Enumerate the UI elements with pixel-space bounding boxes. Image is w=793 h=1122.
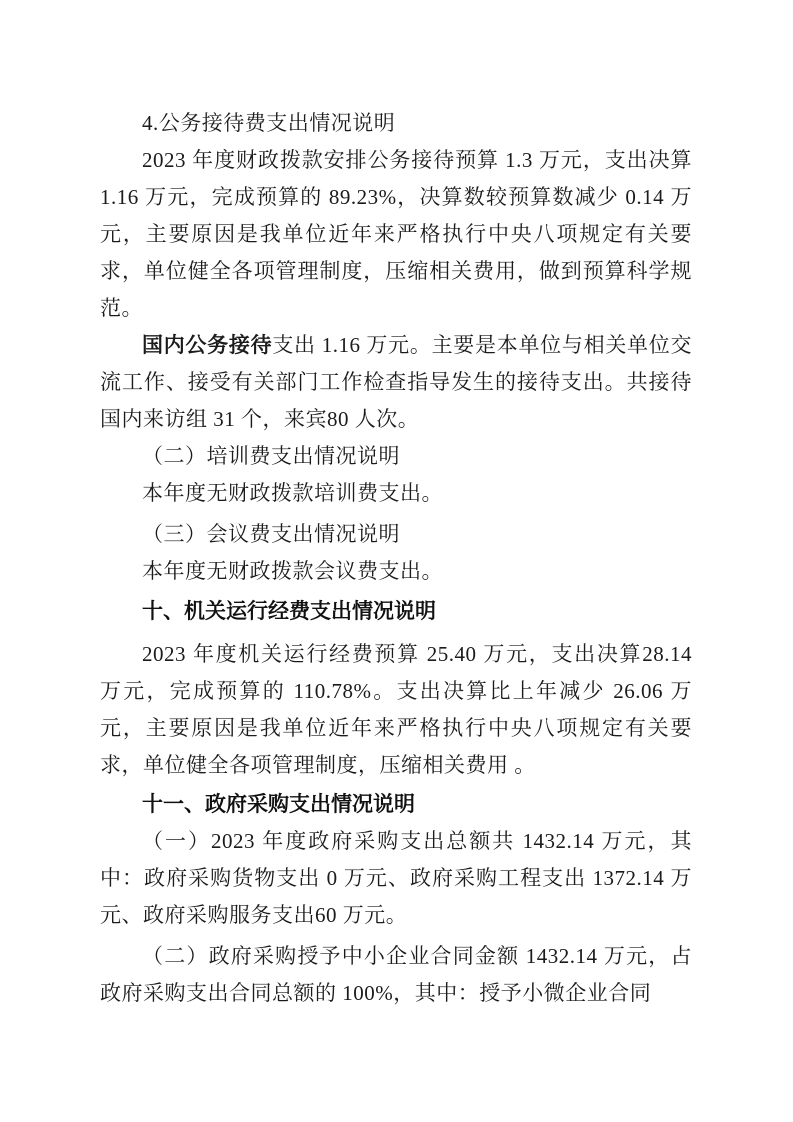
reception-expense-paragraph: 2023 年度财政拨款安排公务接待预算 1.3 万元，支出决算 1.16 万元，…	[100, 142, 692, 327]
training-expense-subheading: （二）培训费支出情况说明	[100, 438, 692, 475]
procurement-paragraph-2: （二）政府采购授予中小企业合同金额 1432.14 万元，占政府采购支出合同总额…	[100, 938, 692, 1012]
section-10-paragraph: 2023 年度机关运行经费预算 25.40 万元，支出决算28.14 万元，完成…	[100, 636, 692, 784]
procurement-paragraph-1: （一）2023 年度政府采购支出总额共 1432.14 万元，其中：政府采购货物…	[100, 823, 692, 934]
document-page: 4.公务接待费支出情况说明 2023 年度财政拨款安排公务接待预算 1.3 万元…	[0, 0, 793, 1122]
section-11-heading: 十一、政府采购支出情况说明	[100, 786, 692, 823]
training-expense-paragraph: 本年度无财政拨款培训费支出。	[100, 475, 692, 512]
domestic-reception-paragraph: 国内公务接待支出 1.16 万元。主要是本单位与相关单位交流工作、接受有关部门工…	[100, 327, 692, 438]
domestic-reception-lead-text: 国内公务接待	[142, 333, 272, 357]
reception-expense-subheading: 4.公务接待费支出情况说明	[100, 105, 692, 142]
meeting-expense-paragraph: 本年度无财政拨款会议费支出。	[100, 553, 692, 590]
section-10-heading: 十、机关运行经费支出情况说明	[100, 593, 692, 630]
meeting-expense-subheading: （三）会议费支出情况说明	[100, 516, 692, 553]
